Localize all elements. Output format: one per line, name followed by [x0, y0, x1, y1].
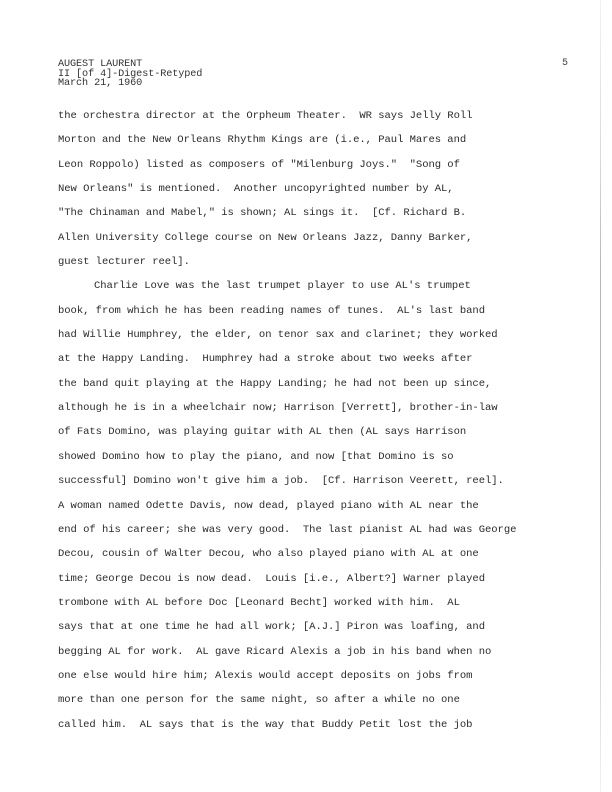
text-line: Decou, cousin of Walter Decou, who also …	[58, 542, 578, 566]
text-line: more than one person for the same night,…	[58, 688, 578, 712]
text-line: end of his career; she was very good. Th…	[58, 518, 578, 542]
text-line: book, from which he has been reading nam…	[58, 299, 578, 323]
body-text: the orchestra director at the Orpheum Th…	[58, 104, 578, 737]
text-line: one else would hire him; Alexis would ac…	[58, 664, 578, 688]
text-line: of Fats Domino, was playing guitar with …	[58, 420, 578, 444]
text-line: New Orleans" is mentioned. Another uncop…	[58, 177, 578, 201]
header-date: March 21, 1960	[58, 79, 202, 89]
text-line: time; George Decou is now dead. Louis [i…	[58, 567, 578, 591]
text-line: A woman named Odette Davis, now dead, pl…	[58, 494, 578, 518]
page-number: 5	[562, 58, 568, 69]
text-line: guest lecturer reel].	[58, 250, 578, 274]
text-line-indented: Charlie Love was the last trumpet player…	[58, 274, 578, 298]
scan-edge-artifact	[600, 0, 601, 792]
text-line: the orchestra director at the Orpheum Th…	[58, 104, 578, 128]
document-page: AUGEST LAURENT II [of 4]-Digest-Retyped …	[0, 0, 612, 792]
text-line: begging AL for work. AL gave Ricard Alex…	[58, 640, 578, 664]
document-header: AUGEST LAURENT II [of 4]-Digest-Retyped …	[58, 60, 202, 89]
text-line: called him. AL says that is the way that…	[58, 713, 578, 737]
text-line: Allen University College course on New O…	[58, 226, 578, 250]
text-line: says that at one time he had all work; […	[58, 615, 578, 639]
text-line: at the Happy Landing. Humphrey had a str…	[58, 347, 578, 371]
text-line: Morton and the New Orleans Rhythm Kings …	[58, 128, 578, 152]
text-line: trombone with AL before Doc [Leonard Bec…	[58, 591, 578, 615]
text-line: the band quit playing at the Happy Landi…	[58, 372, 578, 396]
text-line: had Willie Humphrey, the elder, on tenor…	[58, 323, 578, 347]
text-line: "The Chinaman and Mabel," is shown; AL s…	[58, 201, 578, 225]
text-line: although he is in a wheelchair now; Harr…	[58, 396, 578, 420]
text-line: Leon Roppolo) listed as composers of "Mi…	[58, 153, 578, 177]
text-line: successful] Domino won't give him a job.…	[58, 469, 578, 493]
text-line: showed Domino how to play the piano, and…	[58, 445, 578, 469]
